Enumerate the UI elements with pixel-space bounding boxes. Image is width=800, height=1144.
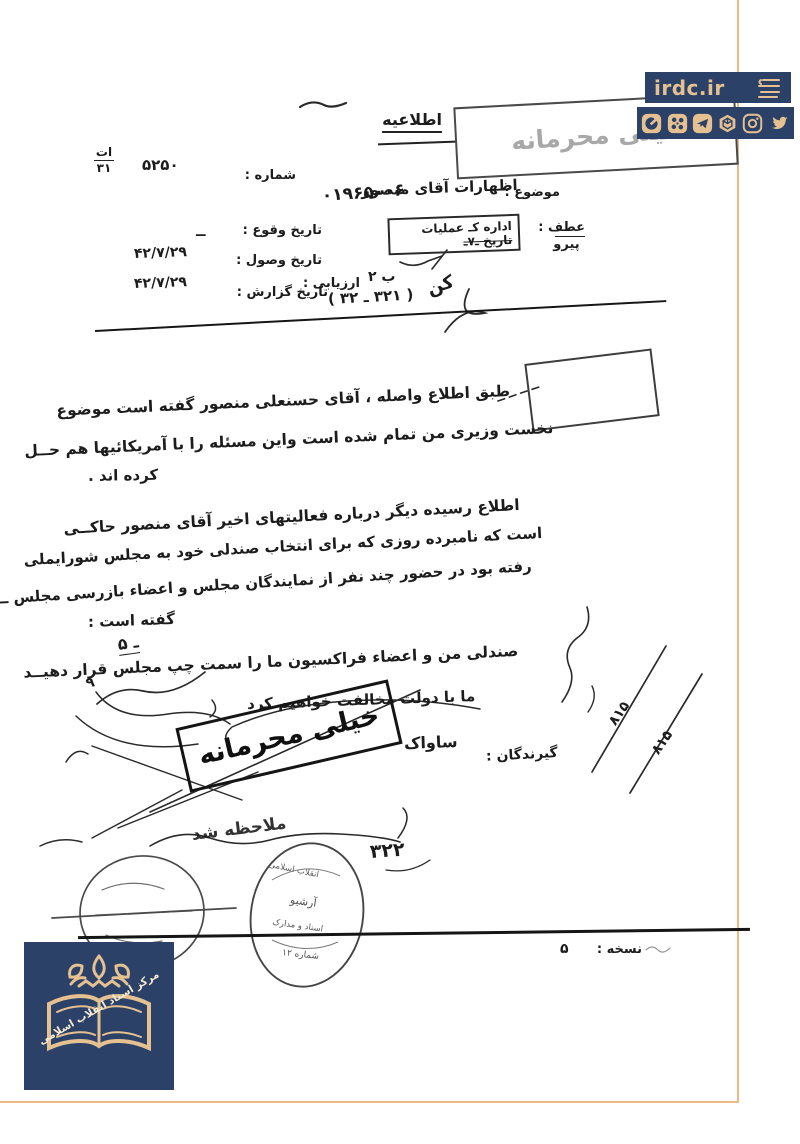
bottom-handwritten-note: ملاحظه شد <box>191 814 288 845</box>
notice-title: اطلاعیه <box>382 111 442 133</box>
body-line: گفته است : <box>88 611 176 631</box>
receipt-date-label: تاریخ وصول : <box>236 254 322 269</box>
serial-number: ۰۱۹۶۵۰۰۶ <box>321 181 405 206</box>
body-line: طبق اطلاع واصله ، آقای حسنعلی منصور گفته… <box>56 383 510 421</box>
institute-logo-emblem <box>24 942 174 1090</box>
file-code-top: ات <box>96 145 112 159</box>
occurrence-date-value: ــ <box>196 224 206 240</box>
peyro-label: پیرو <box>553 237 579 252</box>
office-box-line2: تاریخ ـ۷ـ <box>396 233 512 251</box>
number-label: شماره : <box>245 169 296 184</box>
irdc-document-page: { "site": { "badge": { "domain": "irdc.i… <box>0 0 800 1144</box>
irdc-mini-logo-icon <box>755 76 785 100</box>
eitaa-icon[interactable] <box>641 113 662 134</box>
body-line: کرده اند . <box>88 467 158 485</box>
report-date-value: ۴۲/۷/۲۹ <box>134 274 187 292</box>
notice-title-underline <box>378 141 456 146</box>
number-value: ۵۲۵۰ <box>142 157 179 174</box>
irdc-domain-text[interactable]: irdc.ir <box>654 76 725 100</box>
instagram-icon[interactable] <box>742 113 763 134</box>
source-org: ساواک <box>404 733 458 753</box>
body-line: نخست وزیری من تمام شده است واین مسئله را… <box>24 420 554 461</box>
oval-stamp-line1: انقلاب اسلامی <box>268 861 320 881</box>
aparat-icon[interactable] <box>667 113 688 134</box>
margin-right-number-2: ۸۱۵ <box>648 727 676 757</box>
oval-stamp-line4: شماره ۱۲ <box>282 948 320 962</box>
body-line: صندلی من و اعضاء فراکسیون ما را سمت چپ م… <box>23 643 519 682</box>
office-routing-box: اداره کـ عملیات تاریخ ـ۷ـ <box>387 214 520 256</box>
institute-logo[interactable]: مرکز اسناد انقلاب اسلامی <box>24 942 174 1090</box>
evaluation-value: ب ۲ <box>368 269 396 285</box>
social-icons-bar <box>637 107 794 139</box>
middle-confidential-stamp-text: خیلی محرمانه <box>196 700 383 772</box>
reference-labels: عطفپیرو : <box>538 221 585 253</box>
telegram-icon[interactable] <box>692 113 713 134</box>
recipients-label: گیرندگان : <box>486 745 558 765</box>
margin-right-number-1: ۸۱۵ <box>605 698 633 728</box>
file-code: ات۳۱ <box>94 146 114 176</box>
occurrence-date-label: تاریخ وقوع : <box>243 224 322 239</box>
irdc-site-badge[interactable]: irdc.ir <box>645 72 791 103</box>
atf-label: عطف <box>548 220 585 235</box>
ref-number-typed: ( ۳۲۱ ـ ۳۲ ) <box>328 287 414 309</box>
receipt-date-value: ۴۲/۷/۲۹ <box>134 244 187 262</box>
file-code-bottom: ۳۱ <box>97 161 112 175</box>
bottom-handwritten-number: ۳۲۲ <box>369 840 405 864</box>
twitter-icon[interactable] <box>768 113 790 134</box>
bottom-rule <box>78 928 750 939</box>
oval-stamp-line2: آرشیو <box>289 894 317 910</box>
copies-value: ۵ <box>560 941 569 957</box>
handwritten-mark-kon: کن <box>425 272 457 300</box>
soroush-icon[interactable] <box>717 113 738 134</box>
margin-line8-mark: ـ ۵ <box>117 633 140 656</box>
copies-label: نسخه : <box>597 943 642 958</box>
